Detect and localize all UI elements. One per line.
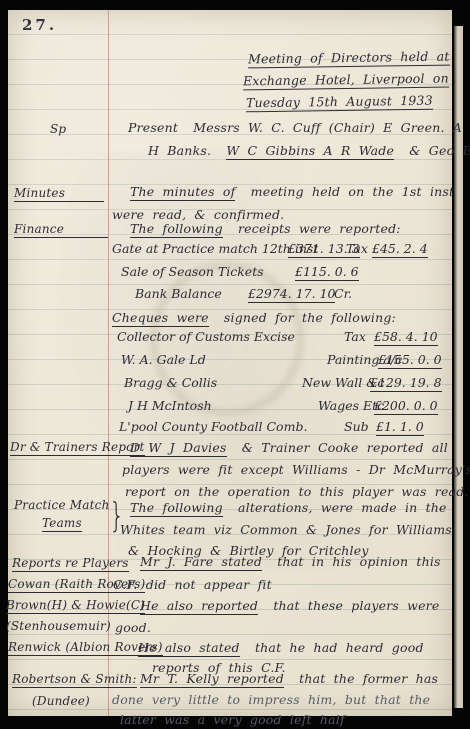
cheque-purpose: Sub xyxy=(344,421,369,434)
receipt-desc: Sale of Season Tickets xyxy=(121,266,264,279)
trainer-line-2: players were fit except Williams - Dr Mc… xyxy=(122,462,470,477)
page-content: 27. Meeting of Directors held at Exchang… xyxy=(0,0,470,729)
cheque-payee: Bragg & Collis xyxy=(124,377,217,390)
cheque-payee: J H McIntosh xyxy=(128,400,212,413)
attendance-line-1: Present Messrs W. C. Cuff (Chair) E Gree… xyxy=(128,120,470,135)
cowan-line-1: Mr J. Fare stated that in his opinion th… xyxy=(140,554,441,569)
margin-note-stenhousemuir: (Stenhousemuir) xyxy=(6,619,111,633)
practice-line-1: The following alterations, were made in … xyxy=(130,500,447,515)
renwick-line-1: He also stated that he had heard good xyxy=(138,640,424,655)
cheques-intro: Cheques were signed for the following: xyxy=(112,310,396,325)
minutes-line-1: The minutes of meeting held on the 1st i… xyxy=(130,184,454,199)
practice-line-2: Whites team viz Common & Jones for Willi… xyxy=(120,522,452,537)
heading-line-1: Meeting of Directors held at xyxy=(248,49,450,67)
cheque-amount: £58. 4. 10 xyxy=(374,331,438,346)
attendance-line-2: H Banks. W C Gibbins A R Wade & Geo Evan… xyxy=(148,143,470,158)
page-number: 27. xyxy=(22,16,57,34)
robertson-line-3: latter was a very good left half xyxy=(120,712,345,727)
cheque-payee: Collector of Customs Excise xyxy=(117,331,295,344)
robertson-line-1: Mr T. Kelly reported that the former has xyxy=(140,671,438,686)
receipt-tax-amount: £45. 2. 4 xyxy=(372,243,428,258)
margin-note-minutes: Minutes xyxy=(14,186,104,202)
margin-note-brown-howie: Brown(H) & Howie(C) xyxy=(6,598,145,614)
receipt-amount: £2974. 17. 10 xyxy=(248,288,335,303)
cheque-amount: £200. 0. 0 xyxy=(374,400,438,415)
present-label: Present xyxy=(128,120,178,135)
heading-line-3: Tuesday 15th August 1933 xyxy=(246,93,433,111)
robertson-line-2: done very little to impress him, but tha… xyxy=(112,692,430,707)
cowan-line-2: C.F. did not appear fit xyxy=(113,577,272,592)
receipt-tax-label: Tax xyxy=(346,243,368,256)
cheque-payee: W. A. Gale Ld xyxy=(121,354,206,367)
scanned-minute-book-photo: 27. Meeting of Directors held at Exchang… xyxy=(0,0,470,729)
receipt-desc: Bank Balance xyxy=(135,288,222,301)
minutes-line-2: were read, & confirmed. xyxy=(112,207,284,222)
cheque-purpose: Tax xyxy=(344,331,366,344)
finance-intro: The following receipts were reported: xyxy=(130,221,401,236)
trainer-line-1: D W J Davies & Trainer Cooke reported al… xyxy=(130,440,448,455)
attendance-names: Messrs W. C. Cuff (Chair) E Green. A Cof… xyxy=(193,120,470,135)
margin-note-trainer-report: Dr & Trainers Report xyxy=(10,440,145,456)
margin-note-finance: Finance xyxy=(14,222,108,238)
margin-note-teams: Teams xyxy=(42,516,82,532)
cheque-amount: £155. 0. 0 xyxy=(378,354,442,369)
brown-line-1: He also reported that these players were xyxy=(140,598,439,613)
margin-note-reports-title: Reports re Players xyxy=(12,556,129,572)
margin-note-robertson-smith: Robertson & Smith: xyxy=(12,672,137,688)
cheque-amount: £129. 19. 8 xyxy=(370,377,442,392)
receipt-suffix: Cr. xyxy=(334,288,352,301)
cheque-amount: £1. 1. 0 xyxy=(376,421,424,436)
brown-line-2: good. xyxy=(115,620,151,635)
receipt-amount: £115. 0. 6 xyxy=(295,266,359,281)
margin-note-dundee: (Dundee) xyxy=(32,694,90,708)
cheque-payee: L'pool County Football Comb. xyxy=(119,421,307,434)
heading-line-2: Exchange Hotel, Liverpool on xyxy=(243,71,449,89)
margin-note-sp: Sp xyxy=(50,122,66,136)
margin-note-practice-match: Practice Match xyxy=(14,498,110,512)
trainer-line-3: report on the operation to this player w… xyxy=(125,484,469,499)
